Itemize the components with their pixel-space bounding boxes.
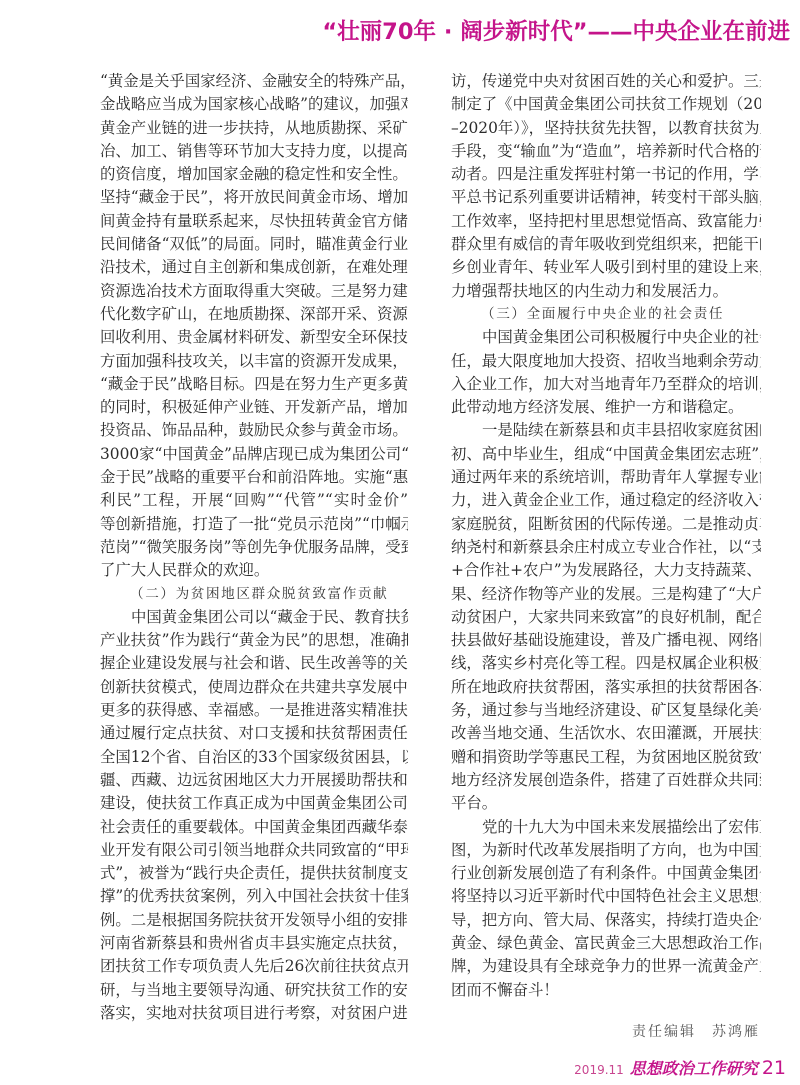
text-line: 乡创业青年、转业军人吸引到村里的建设上来，努 — [451, 256, 761, 279]
text-line: 更多的获得感、幸福感。一是推进落实精准扶贫， — [100, 699, 408, 722]
text-line: 手段，变“输血”为“造血”，培养新时代合格的劳 — [451, 140, 761, 163]
text-line: 图，为新时代改革发展指明了方向，也为中国黄金 — [451, 839, 761, 862]
text-line: 一是陆续在新蔡县和贞丰县招收家庭贫困的 — [451, 419, 761, 442]
text-line: 中国黄金集团公司积极履行中央企业的社会责 — [451, 326, 761, 349]
text-line: 通过履行定点扶贫、对口支援和扶贫帮困责任，在 — [100, 722, 408, 745]
text-line: 任，最大限度地加大投资、招收当地剩余劳动力进 — [451, 350, 761, 373]
text-line: 金于民”战略的重要平台和前沿阵地。实施“惠民 — [100, 466, 408, 489]
text-line: 团而不懈奋斗！ — [451, 979, 761, 1002]
text-line: 握企业建设发展与社会和谐、民生改善等的关系， — [100, 652, 408, 675]
text-line: 全国12个省、自治区的33个国家级贫困县，以及新 — [100, 746, 408, 769]
section-subheading: （二）为贫困地区群众脱贫致富作贡献 — [100, 583, 408, 606]
text-line: 研，与当地主要领导沟通、研究扶贫工作的安排和 — [100, 979, 408, 1002]
text-line: 河南省新蔡县和贵州省贞丰县实施定点扶贫，集 — [100, 932, 408, 955]
text-line: 动贫困户，大家共同来致富”的良好机制，配合帮 — [451, 606, 761, 629]
article-column-right: 访，传递党中央对贫困百姓的关心和爱护。三是制定了《中国黄金集团公司扶贫工作规划（… — [451, 70, 761, 1002]
text-line: 中国黄金集团公司以“藏金于民、教育扶贫、 — [100, 606, 408, 629]
text-line: 改善当地交通、生活饮水、农田灌溉，开展扶贫捐 — [451, 722, 761, 745]
text-line: “藏金于民”战略目标。四是在努力生产更多黄金 — [100, 373, 408, 396]
text-line: 投资品、饰品品种，鼓励民众参与黄金市场。近 — [100, 419, 408, 442]
text-line: 制定了《中国黄金集团公司扶贫工作规划（2014年 — [451, 93, 761, 116]
text-line: 回收利用、贵金属材料研发、新型安全环保技术等 — [100, 326, 408, 349]
text-line: 疆、西藏、边远贫困地区大力开展援助帮扶和投资 — [100, 769, 408, 792]
text-line: 行业创新发展创造了有利条件。中国黄金集团公司 — [451, 862, 761, 885]
text-line: 平台。 — [451, 792, 761, 815]
text-line: “黄金是关乎国家经济、金融安全的特殊产品，黄 — [100, 70, 408, 93]
text-line: 力增强帮扶地区的内生动力和发展活力。 — [451, 280, 761, 303]
page-footer: 2019.11思想政治工作研究21 — [574, 1056, 786, 1079]
text-line: –2020年）》，坚持扶贫先扶智，以教育扶贫为主要 — [451, 117, 761, 140]
text-line: 牌，为建设具有全球竞争力的世界一流黄金产业集 — [451, 955, 761, 978]
text-line: 团扶贫工作专项负责人先后26次前往扶贫点开展调 — [100, 955, 408, 978]
text-line: 将坚持以习近平新时代中国特色社会主义思想为指 — [451, 885, 761, 908]
text-line: 等创新措施，打造了一批“党员示范岗”“巾帼示 — [100, 513, 408, 536]
text-line: +合作社+农户”为发展路径，大力支持蔬菜、瓜 — [451, 559, 761, 582]
text-line: 务，通过参与当地经济建设、矿区复垦绿化美化， — [451, 699, 761, 722]
text-line: 式”，被誉为“践行央企责任，提供扶贫制度支 — [100, 862, 408, 885]
text-line: 业开发有限公司引领当地群众共同致富的“甲玛模 — [100, 839, 408, 862]
text-line: 范岗”“微笑服务岗”等创先争优服务品牌，受到 — [100, 536, 408, 559]
text-line: 平总书记系列重要讲话精神，转变村干部头脑，提高 — [451, 186, 761, 209]
text-line: 民间储备“双低”的局面。同时，瞄准黄金行业前 — [100, 233, 408, 256]
text-line: 初、高中毕业生，组成“中国黄金集团宏志班”， — [451, 443, 761, 466]
text-line: 建设，使扶贫工作真正成为中国黄金集团公司履行 — [100, 792, 408, 815]
issue-date: 2019.11 — [574, 1063, 624, 1077]
text-line: 力，进入黄金企业工作，通过稳定的经济收入带动 — [451, 489, 761, 512]
text-line: 3000家“中国黄金”品牌店现已成为集团公司“藏 — [100, 443, 408, 466]
magazine-name: 思想政治工作研究 — [630, 1059, 758, 1078]
text-line: 果、经济作物等产业的发展。三是构建了“大户带 — [451, 583, 761, 606]
text-line: 家庭脱贫，阻断贫困的代际传递。二是推动贞丰县 — [451, 513, 761, 536]
text-line: 资源选冶技术方面取得重大突破。三是努力建设现 — [100, 280, 408, 303]
text-line: 社会责任的重要载体。中国黄金集团西藏华泰龙矿 — [100, 816, 408, 839]
text-line: 代化数字矿山，在地质勘探、深部开采、资源综合 — [100, 303, 408, 326]
text-line: 例。二是根据国务院扶贫开发领导小组的安排，对 — [100, 909, 408, 932]
text-line: 纳尧村和新蔡县余庄村成立专业合作社，以“支部 — [451, 536, 761, 559]
text-line: 入企业工作，加大对当地青年乃至群众的培训，以 — [451, 373, 761, 396]
article-column-left: “黄金是关乎国家经济、金融安全的特殊产品，黄金战略应当成为国家核心战略”的建议，… — [100, 70, 408, 1025]
text-line: 所在地政府扶贫帮困，落实承担的扶贫帮困各项任 — [451, 676, 761, 699]
text-line: 金战略应当成为国家核心战略”的建议，加强对 — [100, 93, 408, 116]
text-line: 了广大人民群众的欢迎。 — [100, 559, 408, 582]
text-line: 方面加强科技攻关，以丰富的资源开发成果，实现 — [100, 350, 408, 373]
text-line: 访，传递党中央对贫困百姓的关心和爱护。三是 — [451, 70, 761, 93]
text-line: 的资信度，增加国家金融的稳定性和安全性。二是 — [100, 163, 408, 186]
page-number: 21 — [762, 1057, 786, 1079]
text-line: 扶县做好基础设施建设，普及广播电视、网络网 — [451, 629, 761, 652]
running-header-title: “壮丽70年 · 阔步新时代”——中央企业在前进 — [322, 14, 790, 46]
text-line: 地方经济发展创造条件，搭建了百姓群众共同致富 — [451, 769, 761, 792]
text-line: 党的十九大为中国未来发展描绘出了宏伟蓝 — [451, 816, 761, 839]
text-line: 通过两年来的系统培训，帮助青年人掌握专业能 — [451, 466, 761, 489]
text-line: 动者。四是注重发挥驻村第一书记的作用，学习习近 — [451, 163, 761, 186]
text-line: 此带动地方经济发展、维护一方和谐稳定。 — [451, 396, 761, 419]
text-line: 群众里有威信的青年吸收到党组织来，把能干的返 — [451, 233, 761, 256]
text-line: 导，把方向、管大局、保落实，持续打造央企价值 — [451, 909, 761, 932]
text-line: 线，落实乡村亮化等工程。四是权属企业积极支持 — [451, 652, 761, 675]
text-line: 黄金产业链的进一步扶持，从地质勘探、采矿、选 — [100, 117, 408, 140]
text-line: 撑”的优秀扶贫案例，列入中国社会扶贫十佳案 — [100, 885, 408, 908]
editor-credit: 责任编辑 苏鸿雁 — [632, 1021, 760, 1041]
text-line: 沿技术，通过自主创新和集成创新，在难处理黄金 — [100, 256, 408, 279]
text-line: 赠和捐资助学等惠民工程，为贫困地区脱贫致富、 — [451, 746, 761, 769]
text-line: 落实，实地对扶贫项目进行考察，对贫困户进行走 — [100, 1002, 408, 1025]
text-line: 工作效率，坚持把村里思想觉悟高、致富能力强、在 — [451, 210, 761, 233]
text-line: 利民”工程，开展“回购”“代管”“实时金价” — [100, 489, 408, 512]
text-line: 冶、加工、销售等环节加大支持力度，以提高国家 — [100, 140, 408, 163]
text-line: 黄金、绿色黄金、富民黄金三大思想政治工作品 — [451, 932, 761, 955]
text-line: 坚持“藏金于民”，将开放民间黄金市场、增加民 — [100, 186, 408, 209]
text-line: 间黄金持有量联系起来，尽快扭转黄金官方储备和 — [100, 210, 408, 233]
section-subheading: （三）全面履行中央企业的社会责任 — [451, 303, 761, 326]
text-line: 产业扶贫”作为践行“黄金为民”的思想，准确把 — [100, 629, 408, 652]
text-line: 创新扶贫模式，使周边群众在共建共享发展中享有 — [100, 676, 408, 699]
text-line: 的同时，积极延伸产业链、开发新产品，增加黄金 — [100, 396, 408, 419]
